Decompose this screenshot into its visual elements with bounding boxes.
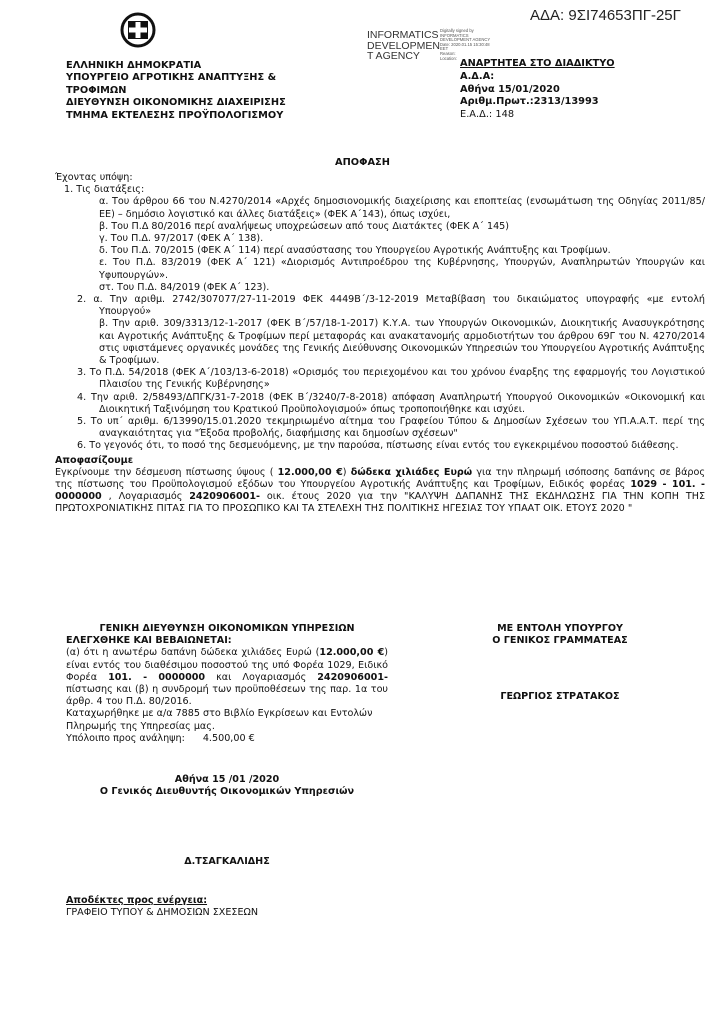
agency-line: T AGENCY [367,51,440,62]
amount-words: δώδεκα χιλιάδες Ευρώ [351,467,472,478]
list-item: β. Την αριθ. 309/3313/12-1-2017 (ΦΕΚ Β΄/… [55,318,705,367]
org-line: ΤΡΟΦΙΜΩΝ [66,85,286,97]
role-line: Ο ΓΕΝΙΚΟΣ ΓΡΑΜΜΑΤΕΑΣ [480,635,640,647]
list-item: β. Του Π.Δ 80/2016 περί αναλήψεως υποχρε… [55,221,705,233]
decision-heading: Αποφασίζουμε [55,455,705,467]
recipients-label: Αποδέκτες προς ενέργεια: [66,895,258,907]
issue-date: Αθήνα 15/01/2020 [460,84,615,97]
balance-value: 4.500,00 € [203,733,255,744]
document-body: Έχοντας υπόψη: 1. Τις διατάξεις: α. Του … [55,172,705,516]
document-metadata: ΑΝΑΡΤΗΤΕΑ ΣΤΟ ΔΙΑΔΙΚΤΥΟ Α.Δ.Α: Αθήνα 15/… [460,58,615,122]
verification-subheading: ΕΛΕΓΧΘΗΚΕ ΚΑΙ ΒΕΒΑΙΩΝΕΤΑΙ: [66,635,388,647]
balance-line: Υπόλοιπο προς ανάληψη:4.500,00 € [66,733,388,745]
list-item: στ. Του Π.Δ. 84/2019 (ΦΕΚ Α΄ 123). [55,282,705,294]
list-item: 6. Το γεγονός ότι, το ποσό της δεσμευόμε… [55,440,705,452]
recipients: Αποδέκτες προς ενέργεια: ΓΡΑΦΕΙΟ ΤΥΠΟΥ &… [66,895,258,919]
text: πίστωσης και (β) η συνδρομή των προϋποθέ… [66,684,388,707]
minister-signature-title: ΜΕ ΕΝΤΟΛΗ ΥΠΟΥΡΓΟΥ Ο ΓΕΝΙΚΟΣ ΓΡΑΜΜΑΤΕΑΣ [480,623,640,647]
org-line: ΔΙΕΥΘΥΝΣΗ ΟΙΚΟΝΟΜΙΚΗΣ ΔΙΑΧΕΙΡΙΣΗΣ [66,97,286,109]
signing-agency: INFORMATICS DEVELOPMEN T AGENCY [367,30,440,62]
verification-heading: ΓΕΝΙΚΗ ΔΙΕΥΘΥΝΣΗ ΟΙΚΟΝΟΜΙΚΩΝ ΥΠΗΡΕΣΙΩΝ [66,623,388,635]
agency-line: INFORMATICS [367,30,440,41]
list-item: 4. Την αριθ. 2/58493/ΔΠΓΚ/31-7-2018 (ΦΕΚ… [55,392,705,416]
mandate-line: ΜΕ ΕΝΤΟΛΗ ΥΠΟΥΡΓΟΥ [480,623,640,635]
verification-block: ΓΕΝΙΚΗ ΔΙΕΥΘΥΝΣΗ ΟΙΚΟΝΟΜΙΚΩΝ ΥΠΗΡΕΣΙΩΝ Ε… [66,623,388,745]
considering-label: Έχοντας υπόψη: [55,172,705,184]
list-item: ε. Του Π.Δ. 83/2019 (ΦΕΚ Α΄ 121) «Διορισ… [55,257,705,281]
text: , Λογαριασμός [102,491,190,502]
registration-text: Καταχωρήθηκε με α/α 7885 στο Βιβλίο Εγκρ… [66,708,388,732]
protocol-number: Αριθμ.Πρωτ.:2313/13993 [460,96,615,109]
signer-name: ΓΕΩΡΓΙΟΣ ΣΤΡΑΤΑΚΟΣ [480,691,640,703]
signer-role: Ο Γενικός Διευθυντής Οικονομικών Υπηρεσι… [66,786,388,798]
list-item: δ. Του Π.Δ. 70/2015 (ΦΕΚ Α΄ 114) περί αν… [55,245,705,257]
amount: 12.000,00 € [278,467,343,478]
decision-text: Εγκρίνουμε την δέσμευση πίστωσης ύψους (… [55,467,705,516]
digital-signature-stamp: Digitally signed by INFORMATICS DEVELOPM… [440,29,500,61]
list-item: 3. Το Π.Δ. 54/2018 (ΦΕΚ Α΄/103/13-6-2018… [55,367,705,391]
amount: 12.000,00 € [319,647,384,658]
ada-label: Α.Δ.Α: [460,71,615,84]
list-item: 5. Το υπ΄ αριθμ. 6/13990/15.01.2020 τεκμ… [55,416,705,440]
signer-name: Δ.ΤΣΑΓΚΑΛΙΔΗΣ [66,856,388,868]
ada-code: ΑΔΑ: 9ΣΙ74653ΠΓ-25Γ [530,10,681,22]
document-title: ΑΠΟΦΑΣΗ [0,157,725,169]
list-item: 1. Τις διατάξεις: [55,184,705,196]
text: και Λογαριασμός [205,672,317,683]
publish-notice: ΑΝΑΡΤΗΤΕΑ ΣΤΟ ΔΙΑΔΙΚΤΥΟ [460,58,615,71]
sign-date: Αθήνα 15 /01 /2020 [66,774,388,786]
ead-number: Ε.Α.Δ.: 148 [460,109,615,122]
code: 101. - 0000000 [108,672,205,683]
org-line: ΕΛΛΗΝΙΚΗ ΔΗΜΟΚΡΑΤΙΑ [66,60,286,72]
recipient-item: ΓΡΑΦΕΙΟ ΤΥΠΟΥ & ΔΗΜΟΣΙΩΝ ΣΧΕΣΕΩΝ [66,907,258,919]
account-number: 2420906001- [189,491,260,502]
greek-emblem-icon [120,12,156,48]
list-item: γ. Του Π.Δ. 97/2017 (ΦΕΚ Α΄ 138). [55,233,705,245]
balance-label: Υπόλοιπο προς ανάληψη: [66,733,185,744]
org-line: ΤΜΗΜΑ ΕΚΤΕΛΕΣΗΣ ΠΡΟΫΠΟΛΟΓΙΣΜΟΥ [66,110,286,122]
issuing-organization: ΕΛΛΗΝΙΚΗ ΔΗΜΟΚΡΑΤΙΑ ΥΠΟΥΡΓΕΙΟ ΑΓΡΟΤΙΚΗΣ … [66,60,286,122]
text: ) [343,467,351,478]
left-signature-header: Αθήνα 15 /01 /2020 Ο Γενικός Διευθυντής … [66,774,388,798]
text: (α) ότι η ανωτέρω δαπάνη δώδεκα χιλιάδες… [66,647,319,658]
text: Εγκρίνουμε την δέσμευση πίστωσης ύψους ( [55,467,278,478]
list-item: 2. α. Την αριθμ. 2742/307077/27-11-2019 … [55,294,705,318]
account-number: 2420906001- [317,672,388,683]
list-item: α. Του άρθρου 66 του Ν.4270/2014 «Αρχές … [55,196,705,220]
verification-text: (α) ότι η ανωτέρω δαπάνη δώδεκα χιλιάδες… [66,647,388,708]
org-line: ΥΠΟΥΡΓΕΙΟ ΑΓΡΟΤΙΚΗΣ ΑΝΑΠΤΥΞΗΣ & [66,72,286,84]
